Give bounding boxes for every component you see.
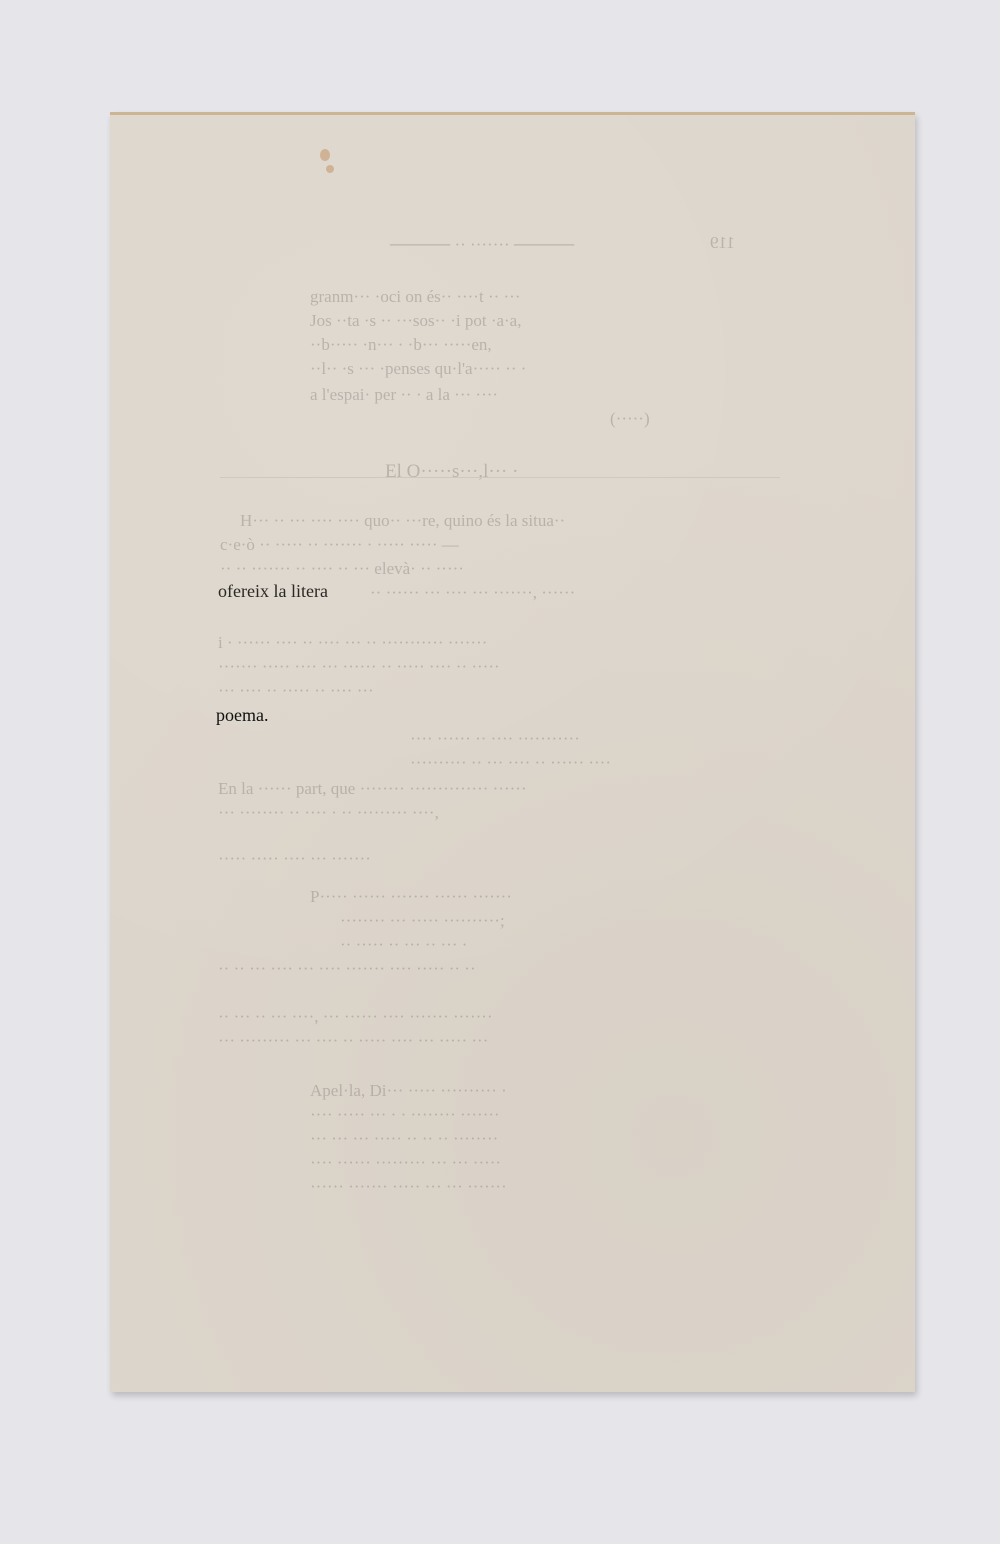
printed-line-ofereix: ofereix la litera (218, 581, 328, 602)
bleed-through-line: ··· ···· ·· ····· ·· ···· ··· (218, 681, 374, 701)
bleed-through-line: a l'espai· per ·· · a la ··· ···· (310, 385, 498, 405)
bleed-through-line: ····· ····· ···· ··· ······· (218, 849, 371, 869)
bleed-through-line: ··b····· ·n··· · ·b··· ·····en, (310, 335, 492, 355)
bleed-through-line: (·····) (610, 409, 650, 429)
bleed-through-line: ·· ·· ··· ···· ··· ···· ······· ···· ···… (218, 959, 476, 979)
bleed-through-line: ···· ····· ··· · · ········ ······· (310, 1105, 500, 1125)
bleed-through-line: H··· ·· ··· ···· ···· quo·· ···re, quino… (240, 511, 565, 531)
paper-sheet: ───── ·· ······· ───── 119 granm··· ·oci… (110, 112, 915, 1392)
bleed-through-line: Jos ··ta ·s ·· ···sos·· ·i pot ·a·a, (310, 311, 521, 331)
bleed-through-line: ·· ··· ·· ··· ····, ··· ······ ···· ····… (218, 1007, 493, 1027)
bleed-through-line: ··· ········ ·· ···· · ·· ········· ····… (218, 803, 439, 823)
bleed-through-line: ········ ··· ····· ··········; (340, 911, 505, 931)
bleed-through-line: i · ······ ···· ·· ···· ··· ·· ·········… (218, 633, 487, 653)
bleed-through-line: ··· ··· ··· ····· ·· ·· ·· ········ (310, 1129, 498, 1149)
foxing-stain (326, 165, 334, 173)
bleed-through-line: ·········· ·· ··· ···· ·· ······ ···· (410, 753, 611, 773)
bleed-through-line: ·· ·· ······· ·· ···· ·· ··· elevà· ·· ·… (220, 559, 464, 579)
bleed-through-line: ······· ····· ···· ··· ······ ·· ····· ·… (218, 657, 500, 677)
bleed-through-page-number: 119 (710, 233, 735, 253)
bleed-through-line: Apel·la, Di··· ····· ·········· · (310, 1081, 507, 1101)
bleed-through-line: ······ ······· ····· ··· ··· ······· (310, 1177, 507, 1197)
bleed-through-line: granm··· ·oci on és·· ····t ·· ··· (310, 287, 521, 307)
bleed-through-line: ··l·· ·s ··· ·penses qu·l'a····· ·· · (310, 359, 526, 379)
printed-word-poema: poema. (216, 705, 268, 726)
bleed-through-rule (220, 477, 780, 478)
bleed-through-line: P····· ······ ······· ······ ······· (310, 887, 512, 907)
foxing-stain (320, 149, 330, 161)
bleed-through-header: ───── ·· ······· ───── (390, 235, 574, 255)
bleed-through-line: ···· ······ ········· ··· ··· ····· (310, 1153, 501, 1173)
bleed-through-line: ··· ········· ··· ···· ·· ····· ···· ···… (218, 1031, 488, 1051)
bleed-through-heading: El O·····s···,l··· · (385, 461, 518, 483)
bleed-through-line: ·· ····· ·· ··· ·· ··· · (340, 935, 467, 955)
bleed-through-line: En la ······ part, que ········ ········… (218, 779, 527, 799)
bleed-through-line: c·e·ò ·· ····· ·· ······· · ····· ····· … (220, 535, 459, 555)
bleed-through-line: ···· ······ ·· ···· ··········· (410, 729, 580, 749)
bleed-through-line: ·· ······ ··· ···· ··· ·······, ······ (370, 583, 575, 603)
